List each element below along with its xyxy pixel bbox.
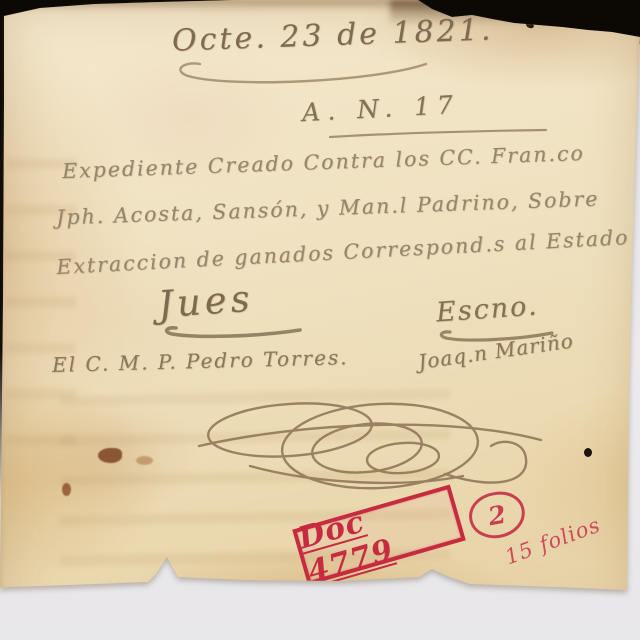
ink-stain (136, 456, 153, 465)
paper-hole (584, 448, 592, 457)
signature-rubric (195, 388, 545, 508)
copy-number: 2 (486, 499, 508, 531)
ink-bleedthrough (6, 150, 76, 470)
expediente-line-2: Jph. Acosta, Sansón, y Man.l Padrino, So… (56, 187, 600, 230)
expediente-line-3: Extraccion de ganados Correspond.s al Es… (56, 225, 630, 279)
document-page: Octe. 23 de 1821. A. N. 17 Expediente Cr… (0, 0, 640, 640)
reference-number: A. N. 17 (301, 90, 460, 127)
expediente-line-1: Expediente Creado Contra los CC. Fran.co (62, 141, 585, 183)
judge-name: El C. M. P. Pedro Torres. (52, 345, 349, 377)
photo-scene: Octe. 23 de 1821. A. N. 17 Expediente Cr… (0, 0, 640, 640)
judge-underline (160, 326, 305, 340)
reference-underline (328, 128, 548, 140)
judge-heading: Jues (157, 277, 255, 327)
ink-stain (62, 483, 71, 496)
scribe-heading: Escno. (435, 290, 539, 328)
paper-burnt-edge (0, 0, 640, 12)
date-flourish (168, 58, 433, 88)
ink-stain (98, 448, 122, 463)
date-line: Octe. 23 de 1821. (171, 12, 493, 58)
